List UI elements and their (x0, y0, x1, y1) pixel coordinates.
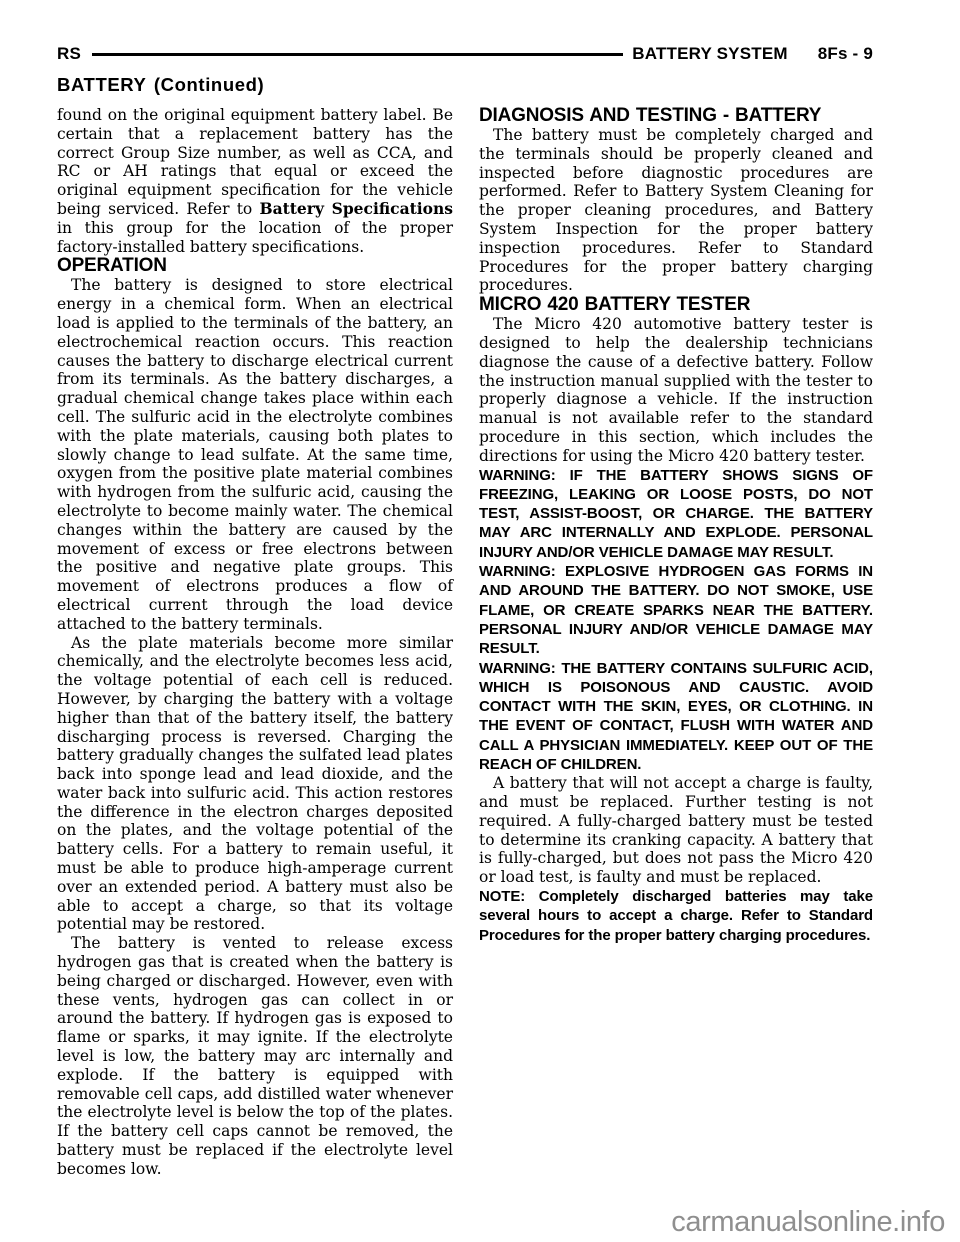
note-paragraph: NOTE: Completely discharged batteries ma… (479, 887, 873, 945)
operation-paragraph-3: The battery is vented to release excess … (57, 934, 453, 1178)
model-code: RS (57, 45, 81, 62)
header-rule (92, 53, 623, 56)
diagnosis-paragraph: The battery must be completely charged a… (479, 126, 873, 295)
intro-text-after: in this group for the location of the pr… (57, 219, 453, 256)
right-column: DIAGNOSIS AND TESTING - BATTERY The batt… (479, 106, 873, 945)
micro-tester-heading: MICRO 420 BATTERY TESTER (479, 295, 873, 315)
watermark-text: carmanualsonline.info (671, 1208, 945, 1237)
warning-hydrogen-gas: WARNING: EXPLOSIVE HYDROGEN GAS FORMS IN… (479, 562, 873, 658)
operation-paragraph-2: As the plate materials become more simil… (57, 634, 453, 935)
intro-paragraph: found on the original equipment battery … (57, 106, 453, 256)
left-column: found on the original equipment battery … (57, 106, 453, 1179)
continued-heading: BATTERY (Continued) (57, 74, 264, 96)
header-page-number: 8Fs - 9 (818, 45, 873, 62)
warning-freezing: WARNING: IF THE BATTERY SHOWS SIGNS OF F… (479, 466, 873, 562)
header-section-title: BATTERY SYSTEM (632, 45, 788, 62)
diagnosis-heading: DIAGNOSIS AND TESTING - BATTERY (479, 106, 873, 126)
operation-paragraph-1: The battery is designed to store electri… (57, 276, 453, 633)
battery-specifications-reference: Battery Specifications (259, 199, 453, 218)
micro-tester-paragraph: The Micro 420 automotive battery tester … (479, 315, 873, 465)
page-header: RS BATTERY SYSTEM 8Fs - 9 (57, 45, 873, 62)
operation-heading: OPERATION (57, 256, 453, 276)
warning-sulfuric-acid: WARNING: THE BATTERY CONTAINS SULFURIC A… (479, 659, 873, 775)
conclusion-paragraph: A battery that will not accept a charge … (479, 774, 873, 887)
